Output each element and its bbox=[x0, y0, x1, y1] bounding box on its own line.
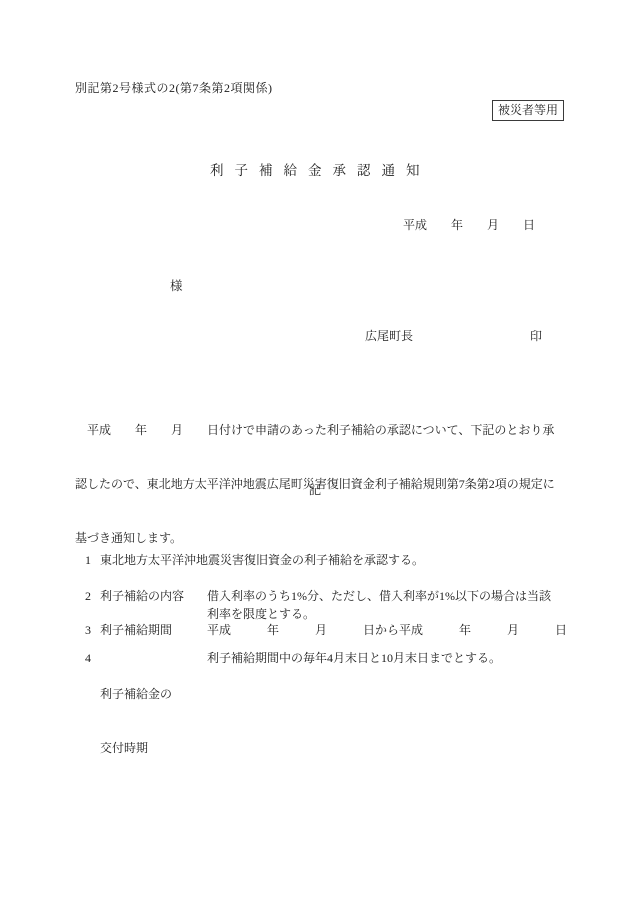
list-item-3-content-line-1: 平成 年 月 日から平成 年 月 日 bbox=[207, 621, 567, 639]
form-number: 別記第2号様式の2(第7条第2項関係) bbox=[75, 79, 273, 96]
list-item-1-number: 1 bbox=[85, 551, 91, 569]
list-item-4-label: 利子補給金の 交付時期 bbox=[100, 649, 172, 793]
issue-date-line: 平成 年 月 日 bbox=[403, 216, 535, 233]
record-marker: 記 bbox=[309, 480, 322, 498]
list-item-4-content: 利子補給期間中の毎年4月末日と10月末日までとする。 bbox=[207, 649, 501, 667]
list-item-2-content-line-1: 借入利率のうち1%分、ただし、借入利率が1%以下の場合は当該 bbox=[207, 587, 551, 605]
list-item-4-label-line-1: 利子補給金の bbox=[100, 685, 172, 703]
issuer-name: 広尾町長 bbox=[365, 327, 413, 344]
list-item-2-label: 利子補給の内容 bbox=[100, 587, 184, 605]
body-paragraph-line-3: 基づき通知します。 bbox=[75, 529, 575, 547]
addressee-honorific: 様 bbox=[170, 276, 183, 294]
body-paragraph-line-1: 平成 年 月 日付けで申請のあった利子補給の承認について、下記のとおり承 bbox=[75, 421, 575, 439]
list-item-1-text: 東北地方太平洋沖地震災害復旧資金の利子補給を承認する。 bbox=[100, 551, 424, 569]
list-item-3-label: 利子補給期間 bbox=[100, 621, 172, 639]
document-page: 別記第2号様式の2(第7条第2項関係) 被災者等用 利子補給金承認通知 平成 年… bbox=[0, 0, 630, 916]
list-item-3-number: 3 bbox=[85, 621, 91, 639]
audience-tag-box: 被災者等用 bbox=[492, 100, 564, 121]
document-title: 利子補給金承認通知 bbox=[210, 159, 431, 179]
list-item-4-number: 4 bbox=[85, 649, 91, 667]
list-item-2-content: 借入利率のうち1%分、ただし、借入利率が1%以下の場合は当該 利率を限度とする。 bbox=[207, 587, 551, 623]
issuer-seal-mark: 印 bbox=[530, 327, 542, 344]
list-item-3-content: 平成 年 月 日から平成 年 月 日 bbox=[207, 621, 567, 639]
body-paragraph-line-2: 認したので、東北地方太平洋沖地震広尾町災害復旧資金利子補給規則第7条第2項の規定… bbox=[75, 475, 575, 493]
list-item-4-label-line-2: 交付時期 bbox=[100, 739, 172, 757]
list-item-4-content-line-1: 利子補給期間中の毎年4月末日と10月末日までとする。 bbox=[207, 649, 501, 667]
list-item-2-number: 2 bbox=[85, 587, 91, 605]
